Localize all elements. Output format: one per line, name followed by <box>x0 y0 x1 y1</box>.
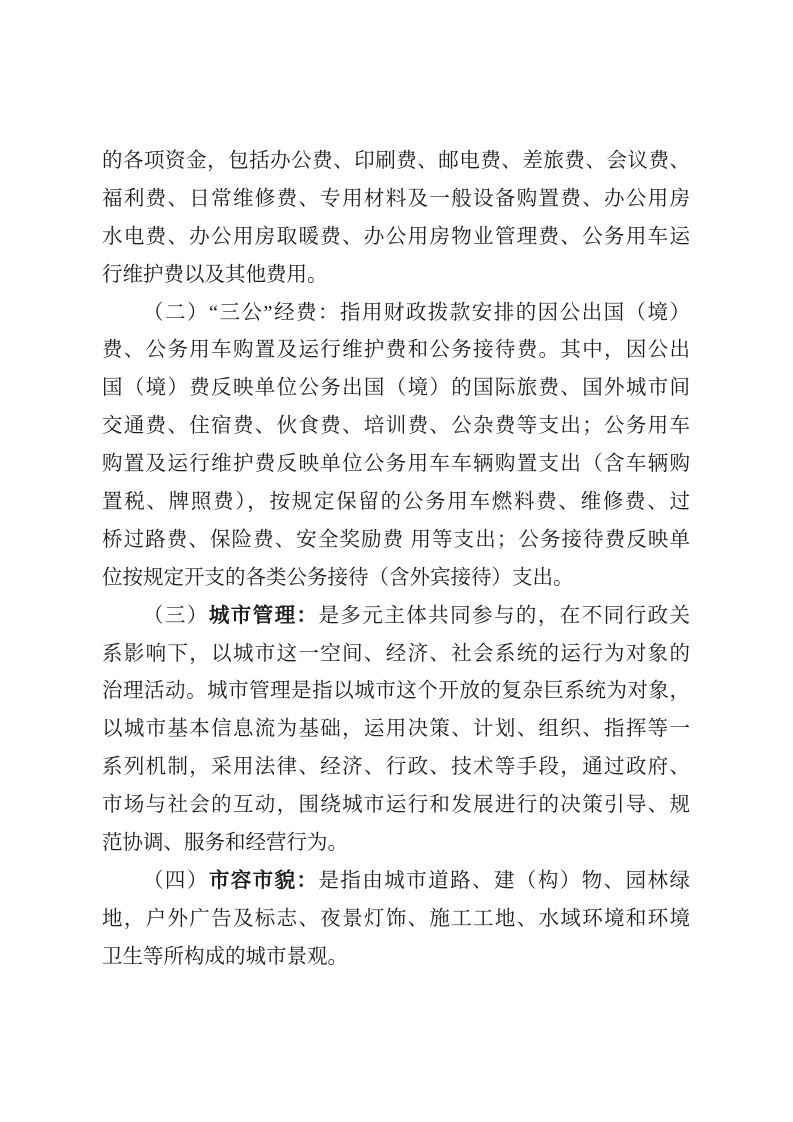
text-segment: 行维护费以及其他费用。 <box>102 264 328 286</box>
document-page: 的各项资金，包括办公费、印刷费、邮电费、差旅费、会议费、福利费、日常维修费、专用… <box>0 0 793 1122</box>
text-line: 的各项资金，包括办公费、印刷费、邮电费、差旅费、会议费、 <box>102 143 690 181</box>
text-line: （二）“三公”经费：指用财政拨款安排的因公出国（境） <box>102 295 690 333</box>
text-segment: 桥过路费、保险费、安全奖励费 用等支出；公务接待费反映单 <box>102 529 690 551</box>
text-segment: 位按规定开支的各类公务接待（含外宾接待）支出。 <box>102 567 574 589</box>
bold-term: 城市管理： <box>209 605 319 627</box>
text-segment: 交通费、住宿费、伙食费、培训费、公杂费等支出；公务用车 <box>102 415 690 437</box>
text-segment: 福利费、日常维修费、专用材料及一般设备购置费、办公用房 <box>102 188 690 210</box>
text-segment: 系影响下，以城市这一空间、经济、社会系统的运行为对象的 <box>102 643 690 665</box>
text-line: 治理活动。城市管理是指以城市这个开放的复杂巨系统为对象， <box>102 673 690 711</box>
text-line: 交通费、住宿费、伙食费、培训费、公杂费等支出；公务用车 <box>102 408 690 446</box>
text-line: （四）市容市貌：是指由城市道路、建（构）物、园林绿 <box>102 863 690 901</box>
text-line: 福利费、日常维修费、专用材料及一般设备购置费、办公用房 <box>102 181 690 219</box>
text-line: 地，户外广告及标志、夜景灯饰、施工工地、水域环境和环境 <box>102 901 690 939</box>
text-line: 购置及运行维护费反映单位公务用车车辆购置支出（含车辆购 <box>102 446 690 484</box>
para-three-public-funds: （二）“三公”经费：指用财政拨款安排的因公出国（境）费、公务用车购置及运行维护费… <box>102 295 690 598</box>
bold-term: 市容市貌： <box>209 870 319 892</box>
text-segment: 费、公务用车购置及运行维护费和公务接待费。其中，因公出 <box>102 339 690 361</box>
text-line: 市场与社会的互动，围绕城市运行和发展进行的决策引导、规 <box>102 787 690 825</box>
text-segment: （四） <box>143 870 209 892</box>
text-line: 国（境）费反映单位公务出国（境）的国际旅费、国外城市间 <box>102 370 690 408</box>
text-line: 位按规定开支的各类公务接待（含外宾接待）支出。 <box>102 560 690 598</box>
text-segment: 置税、牌照费），按规定保留的公务用车燃料费、维修费、过 <box>102 491 690 513</box>
text-segment: 水电费、办公用房取暖费、办公用房物业管理费、公务用车运 <box>102 226 690 248</box>
text-segment: 系列机制，采用法律、经济、行政、技术等手段，通过政府、 <box>102 756 690 778</box>
text-line: （三）城市管理：是多元主体共同参与的，在不同行政关 <box>102 598 690 636</box>
text-segment: 是指由城市道路、建（构）物、园林绿 <box>319 870 691 892</box>
text-line: 置税、牌照费），按规定保留的公务用车燃料费、维修费、过 <box>102 484 690 522</box>
text-segment: 以城市基本信息流为基础，运用决策、计划、组织、指挥等一 <box>102 718 690 740</box>
text-segment: 购置及运行维护费反映单位公务用车车辆购置支出（含车辆购 <box>102 453 690 475</box>
text-segment: （二）“三公”经费：指用财政拨款安排的因公出国（境） <box>143 302 690 324</box>
text-line: 以城市基本信息流为基础，运用决策、计划、组织、指挥等一 <box>102 711 690 749</box>
para-daily-expense-items: 的各项资金，包括办公费、印刷费、邮电费、差旅费、会议费、福利费、日常维修费、专用… <box>102 143 690 295</box>
text-line: 行维护费以及其他费用。 <box>102 257 690 295</box>
text-line: 范协调、服务和经营行为。 <box>102 825 690 863</box>
text-line: 桥过路费、保险费、安全奖励费 用等支出；公务接待费反映单 <box>102 522 690 560</box>
document-body: 的各项资金，包括办公费、印刷费、邮电费、差旅费、会议费、福利费、日常维修费、专用… <box>102 143 690 977</box>
text-segment: 地，户外广告及标志、夜景灯饰、施工工地、水域环境和环境 <box>102 908 690 930</box>
text-segment: 范协调、服务和经营行为。 <box>102 832 348 854</box>
para-city-appearance: （四）市容市貌：是指由城市道路、建（构）物、园林绿地，户外广告及标志、夜景灯饰、… <box>102 863 690 977</box>
text-segment: 市场与社会的互动，围绕城市运行和发展进行的决策引导、规 <box>102 794 690 816</box>
text-line: 系列机制，采用法律、经济、行政、技术等手段，通过政府、 <box>102 749 690 787</box>
text-segment: 的各项资金，包括办公费、印刷费、邮电费、差旅费、会议费、 <box>102 150 690 172</box>
text-segment: 卫生等所构成的城市景观。 <box>102 946 348 968</box>
text-line: 系影响下，以城市这一空间、经济、社会系统的运行为对象的 <box>102 636 690 674</box>
text-line: 水电费、办公用房取暖费、办公用房物业管理费、公务用车运 <box>102 219 690 257</box>
text-segment: 是多元主体共同参与的，在不同行政关 <box>319 605 691 627</box>
text-segment: 国（境）费反映单位公务出国（境）的国际旅费、国外城市间 <box>102 377 690 399</box>
text-segment: 治理活动。城市管理是指以城市这个开放的复杂巨系统为对象， <box>102 680 690 702</box>
text-line: 卫生等所构成的城市景观。 <box>102 939 690 977</box>
text-line: 费、公务用车购置及运行维护费和公务接待费。其中，因公出 <box>102 332 690 370</box>
text-segment: （三） <box>143 605 209 627</box>
para-urban-management: （三）城市管理：是多元主体共同参与的，在不同行政关系影响下，以城市这一空间、经济… <box>102 598 690 863</box>
